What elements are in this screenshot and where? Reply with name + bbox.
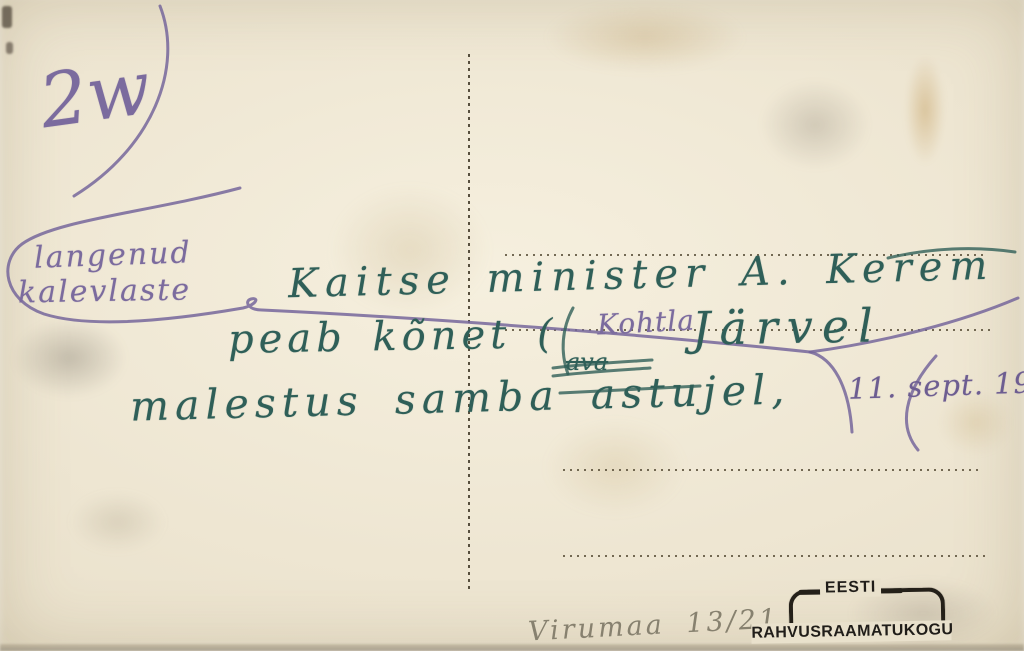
stain [905, 55, 945, 165]
archive-pencil-note: Virumaa 13/21 [527, 603, 779, 647]
stain [545, 420, 685, 515]
stain [6, 42, 13, 54]
stain [12, 318, 127, 398]
address-line-3 [563, 469, 983, 471]
stain [70, 492, 165, 552]
library-stamp: EESTI RAHVUSRAAMATUKOGU [750, 578, 951, 643]
date-note: 11. sept. 1932 [847, 364, 1024, 406]
stamp-country-label: EESTI [820, 578, 882, 597]
stain [0, 644, 1024, 651]
postcard-back: 2w langenud kalevlaste Kaitse minister A… [0, 0, 1024, 651]
caption-line-2-end: Järvel [692, 298, 883, 355]
stain [545, 2, 745, 72]
caption-line-3: malestus samba astujel, [129, 365, 790, 430]
bubble-word-2: kalevlaste [18, 272, 192, 310]
stain [2, 6, 12, 28]
caption-line-1: Kaitse minister A. Kerem [288, 243, 995, 307]
corner-numeral-note: 2w [35, 45, 156, 146]
caption-line-2-start: peab kõnet ( [228, 311, 558, 363]
address-line-4 [563, 555, 985, 557]
stamp-institution-label: RAHVUSRAAMATUKOGU [751, 620, 951, 643]
caption-inserted-word: Kohtla [596, 303, 696, 341]
stain [760, 80, 870, 170]
bubble-word-1: langenud [33, 235, 192, 275]
